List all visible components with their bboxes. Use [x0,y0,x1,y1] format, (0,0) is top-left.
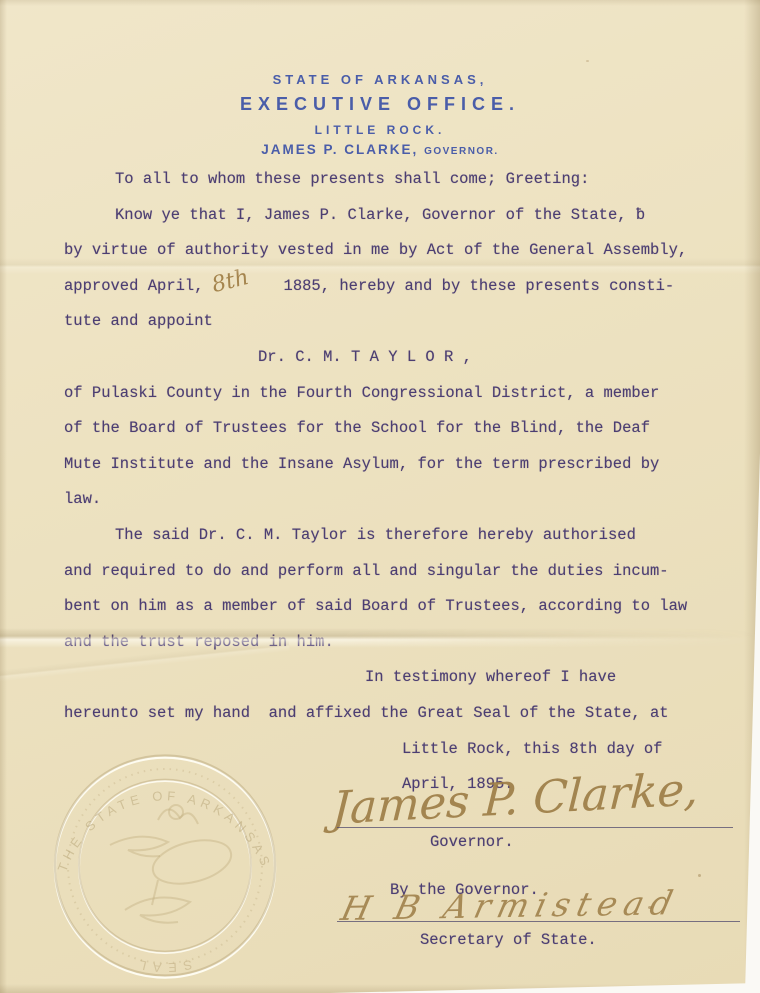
letterhead-governor-name: JAMES P. CLARKE, [261,142,418,157]
typed-line: by virtue of authority vested in me by A… [64,233,724,269]
seal-eagle-device [110,805,236,923]
typed-line-salutation: To all to whom these presents shall come… [64,162,724,198]
letterhead-governor-line: JAMES P. CLARKE, GOVERNOR. [0,142,760,157]
typed-line: The said Dr. C. M. Taylor is therefore h… [64,518,724,554]
ink-speck [586,60,589,62]
letterhead-governor-title: GOVERNOR. [424,146,499,157]
secretary-signature-line [337,921,740,922]
appointee-name: Dr. C. M. T A Y L O R , [64,340,724,376]
paper-edge-top [0,0,760,6]
typed-line-approval-date: approved April,8th1885, hereby and by th… [64,269,724,305]
typed-line: Mute Institute and the Insane Asylum, fo… [64,447,724,483]
typed-line: and the trust reposed in him. [64,625,724,661]
letterhead: STATE OF ARKANSAS, EXECUTIVE OFFICE. LIT… [0,72,760,157]
letterhead-office-line: EXECUTIVE OFFICE. [0,94,760,115]
typed-line: tute and appoint [64,304,724,340]
seal-ring-text: THE STATE OF ARKANSAS [55,788,275,874]
governor-title-label: Governor. [430,833,514,851]
ink-speck [648,906,652,909]
typed-line: law. [64,482,724,518]
typed-line: bent on him as a member of said Board of… [64,589,724,625]
document-body: To all to whom these presents shall come… [64,162,724,803]
typed-line: hereunto set my hand and affixed the Gre… [64,696,724,732]
embossed-great-seal: THE STATE OF ARKANSAS SEAL [40,740,290,990]
letterhead-state-line: STATE OF ARKANSAS, [0,72,760,87]
approved-prefix: approved April, [64,277,204,295]
typed-line-testimonium: In testimony whereof I have [64,660,724,696]
handwritten-day: 8th [208,260,253,303]
letterhead-city-line: LITTLE ROCK. [0,123,760,137]
approved-suffix: 1885, hereby and by these presents const… [284,277,675,295]
typed-line: of Pulaski County in the Fourth Congress… [64,376,724,412]
paper-edge-left [0,0,7,993]
typed-line: of the Board of Trustees for the School … [64,411,724,447]
seal-bottom-text: SEAL [132,956,194,976]
governor-signature-line [337,827,733,828]
document-paper: STATE OF ARKANSAS, EXECUTIVE OFFICE. LIT… [0,0,760,993]
ink-speck [698,874,701,877]
typed-line: Know ye that I, James P. Clarke, Governo… [64,198,724,234]
secretary-title-label: Secretary of State. [420,931,597,949]
typed-line: and required to do and perform all and s… [64,554,724,590]
